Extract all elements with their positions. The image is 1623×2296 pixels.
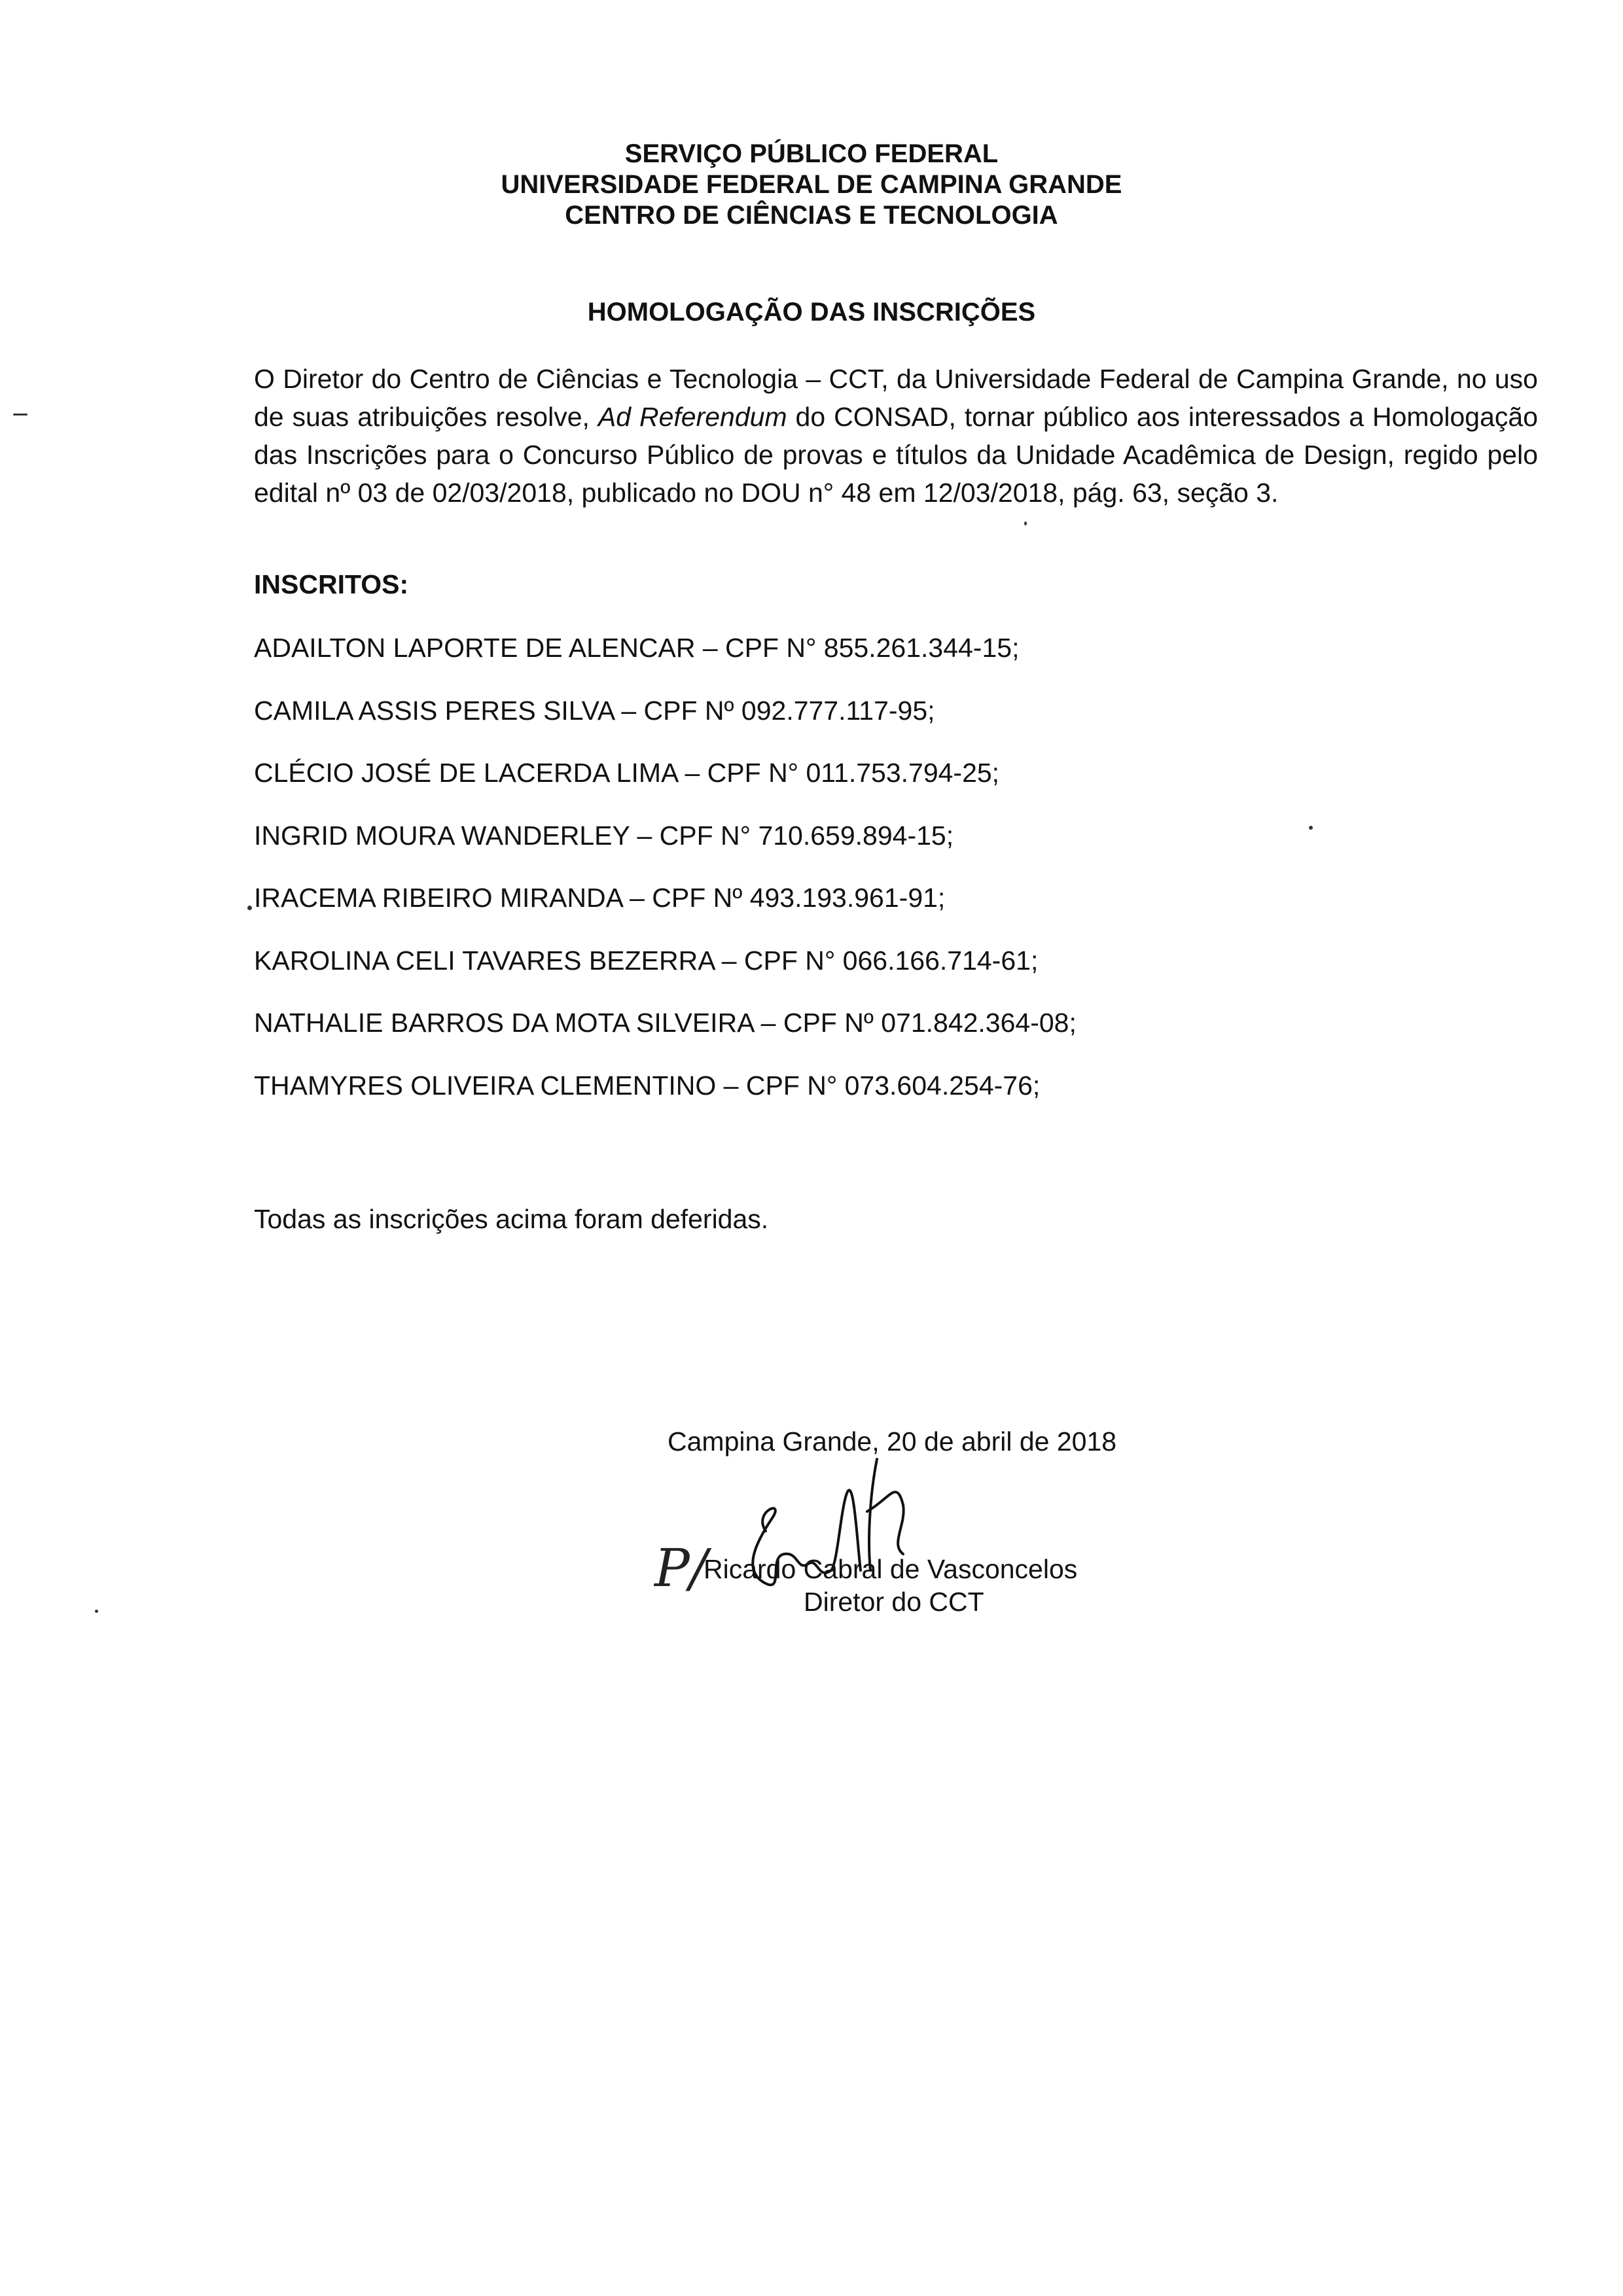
document-title: HOMOLOGAÇÃO DAS INSCRIÇÕES [0, 298, 1623, 327]
inscritos-heading: INSCRITOS: [254, 569, 408, 600]
intro-paragraph: O Diretor do Centro de Ciências e Tecnol… [254, 360, 1538, 512]
header-line-university: UNIVERSIDADE FEDERAL DE CAMPINA GRANDE [0, 169, 1623, 200]
header-line-service: SERVIÇO PÚBLICO FEDERAL [0, 139, 1623, 169]
intro-emphasis: Ad Referendum [598, 402, 787, 432]
inscritos-list: ADAILTON LAPORTE DE ALENCAR – CPF N° 855… [254, 631, 1077, 1131]
list-item: CAMILA ASSIS PERES SILVA – CPF Nº 092.77… [254, 694, 1077, 757]
closing-statement: Todas as inscrições acima foram deferida… [254, 1204, 768, 1235]
scan-speck [247, 906, 252, 910]
list-item: THAMYRES OLIVEIRA CLEMENTINO – CPF N° 07… [254, 1069, 1077, 1132]
list-item: IRACEMA RIBEIRO MIRANDA – CPF Nº 493.193… [254, 881, 1077, 944]
scan-speck [95, 1610, 98, 1613]
header-line-center: CENTRO DE CIÊNCIAS E TECNOLOGIA [0, 200, 1623, 231]
scan-speck [13, 414, 27, 415]
scan-speck [1024, 521, 1027, 525]
signer-name: Ricardo Cabral de Vasconcelos [704, 1554, 1077, 1585]
signature-prefix: P/ [654, 1538, 707, 1598]
signer-role: Diretor do CCT [804, 1587, 984, 1617]
list-item: ADAILTON LAPORTE DE ALENCAR – CPF N° 855… [254, 631, 1077, 694]
list-item: KAROLINA CELI TAVARES BEZERRA – CPF N° 0… [254, 944, 1077, 1007]
list-item: NATHALIE BARROS DA MOTA SILVEIRA – CPF N… [254, 1006, 1077, 1069]
list-item: CLÉCIO JOSÉ DE LACERDA LIMA – CPF N° 011… [254, 756, 1077, 819]
scan-speck [1309, 826, 1313, 830]
document-header: SERVIÇO PÚBLICO FEDERAL UNIVERSIDADE FED… [0, 139, 1623, 231]
list-item: INGRID MOURA WANDERLEY – CPF N° 710.659.… [254, 819, 1077, 882]
